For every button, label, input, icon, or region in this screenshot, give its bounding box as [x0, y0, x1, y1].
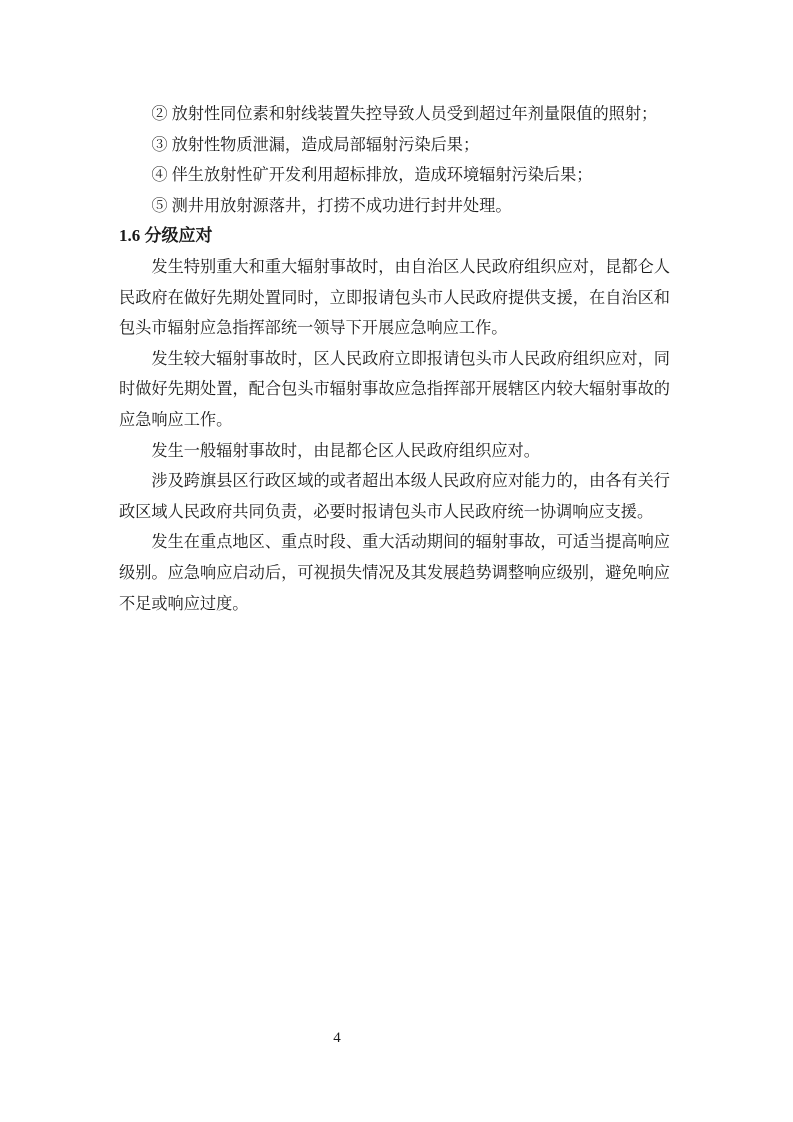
document-body: ② 放射性同位素和射线装置失控导致人员受到超过年剂量限值的照射； ③ 放射性物质…: [119, 99, 670, 619]
paragraph-line: 发生较大辐射事故时，区人民政府立即报请包头市人民政府组织应对，同: [119, 344, 670, 375]
paragraph-line: 发生在重点地区、重点时段、重大活动期间的辐射事故，可适当提高响应: [119, 527, 670, 558]
paragraph-line: 民政府在做好先期处置同时，立即报请包头市人民政府提供支援，在自治区和: [119, 283, 670, 314]
paragraph-line: 发生一般辐射事故时，由昆都仑区人民政府组织应对。: [119, 436, 670, 467]
page-number: 4: [325, 1026, 349, 1050]
paragraph-line: 包头市辐射应急指挥部统一领导下开展应急响应工作。: [119, 313, 670, 344]
list-item: ② 放射性同位素和射线装置失控导致人员受到超过年剂量限值的照射；: [119, 99, 670, 130]
paragraph-line: 应急响应工作。: [119, 405, 670, 436]
paragraph-line: 涉及跨旗县区行政区域的或者超出本级人民政府应对能力的，由各有关行: [119, 466, 670, 497]
section-heading: 1.6 分级应对: [119, 221, 670, 252]
list-item: ⑤ 测井用放射源落井，打捞不成功进行封井处理。: [119, 191, 670, 222]
paragraph-line: 政区域人民政府共同负责，必要时报请包头市人民政府统一协调响应支援。: [119, 497, 670, 528]
paragraph-line: 级别。应急响应启动后，可视损失情况及其发展趋势调整响应级别，避免响应: [119, 558, 670, 589]
document-page: ② 放射性同位素和射线装置失控导致人员受到超过年剂量限值的照射； ③ 放射性物质…: [0, 0, 793, 1122]
paragraph-line: 不足或响应过度。: [119, 589, 670, 620]
paragraph-line: 时做好先期处置，配合包头市辐射事故应急指挥部开展辖区内较大辐射事故的: [119, 374, 670, 405]
paragraph-line: 发生特别重大和重大辐射事故时，由自治区人民政府组织应对，昆都仑人: [119, 252, 670, 283]
list-item: ④ 伴生放射性矿开发利用超标排放，造成环境辐射污染后果；: [119, 160, 670, 191]
list-item: ③ 放射性物质泄漏，造成局部辐射污染后果；: [119, 130, 670, 161]
